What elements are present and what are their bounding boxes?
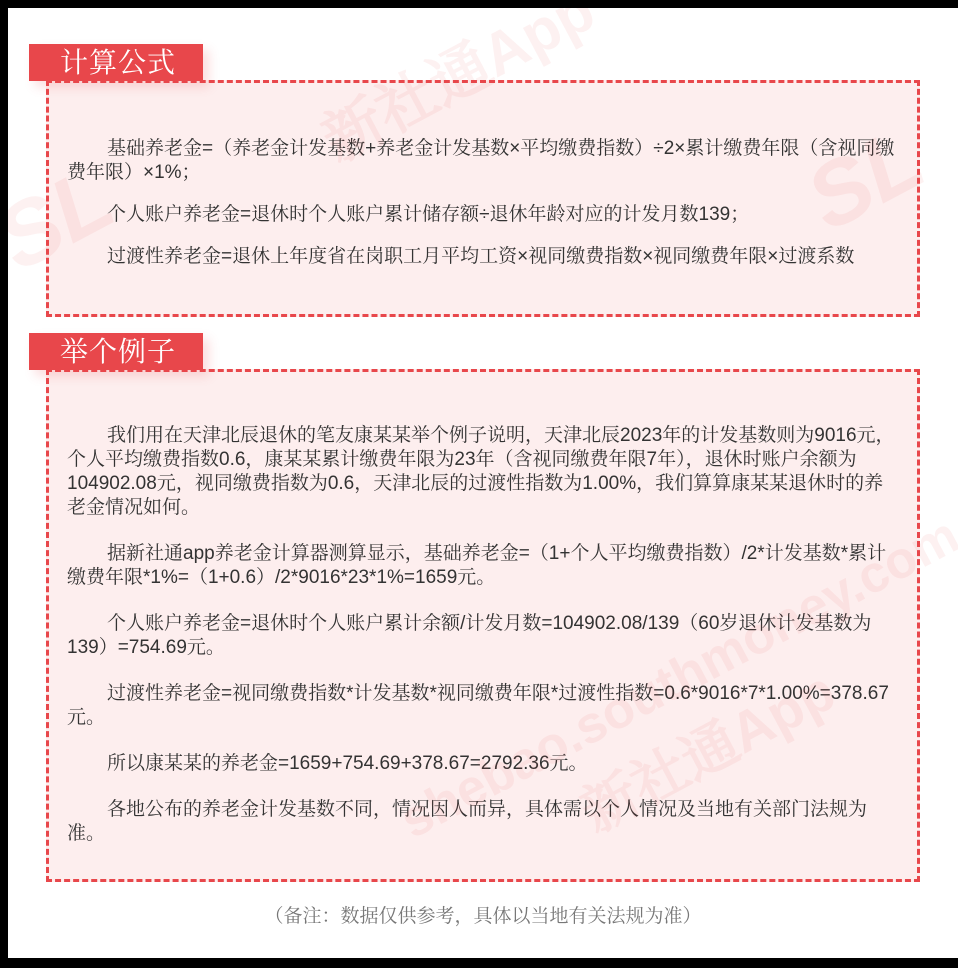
- example-total: 所以康某某的养老金=1659+754.69+378.67=2792.36元。: [67, 752, 901, 776]
- formula-basic-pension: 基础养老金=（养老金计发基数+养老金计发基数×平均缴费指数）÷2×累计缴费年限（…: [67, 137, 901, 185]
- example-personal-account: 个人账户养老金=退休时个人账户累计余额/计发月数=104902.08/139（6…: [67, 612, 901, 660]
- section-title-formula: 计算公式: [29, 44, 203, 81]
- example-box: 我们用在天津北辰退休的笔友康某某举个例子说明，天津北辰2023年的计发基数则为9…: [46, 369, 920, 882]
- formula-box: 基础养老金=（养老金计发基数+养老金计发基数×平均缴费指数）÷2×累计缴费年限（…: [46, 80, 920, 317]
- page: 新社通App shebao.southmoney.com 新社通App SL S…: [8, 8, 958, 958]
- formula-personal-account: 个人账户养老金=退休时个人账户累计储存额÷退休年龄对应的计发月数139；: [67, 203, 901, 227]
- example-intro: 我们用在天津北辰退休的笔友康某某举个例子说明，天津北辰2023年的计发基数则为9…: [67, 424, 901, 520]
- section-title-example: 举个例子: [29, 333, 203, 370]
- footer-note: （备注：数据仅供参考，具体以当地有关法规为准）: [8, 905, 958, 929]
- formula-transitional: 过渡性养老金=退休上年度省在岗职工月平均工资×视同缴费指数×视同缴费年限×过渡系…: [67, 245, 901, 269]
- example-transitional: 过渡性养老金=视同缴费指数*计发基数*视同缴费年限*过渡性指数=0.6*9016…: [67, 682, 901, 730]
- example-basic-pension: 据新社通app养老金计算器测算显示，基础养老金=（1+个人平均缴费指数）/2*计…: [67, 542, 901, 590]
- example-disclaimer: 各地公布的养老金计发基数不同，情况因人而异，具体需以个人情况及当地有关部门法规为…: [67, 798, 901, 846]
